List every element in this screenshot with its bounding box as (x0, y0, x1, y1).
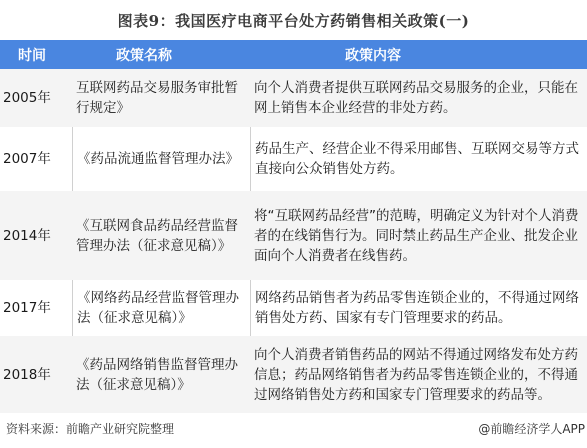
cell-time: 2014年 (0, 191, 72, 280)
cell-time: 2007年 (0, 127, 72, 191)
cell-time: 2005年 (0, 69, 72, 127)
cell-policy-name: 《药品网络销售监督管理办法（征求意见稿）》 (72, 336, 250, 413)
table-row: 2017年 《网络药品经营监督管理办法（征求意见稿）》 网络药品销售者为药品零售… (0, 280, 587, 336)
cell-policy-name: 《互联网食品药品经营监督管理办法（征求意见稿）》 (72, 191, 250, 280)
cell-time: 2018年 (0, 336, 72, 413)
cell-policy-content: 药品生产、经营企业不得采用邮售、互联网交易等方式直接向公众销售处方药。 (250, 127, 587, 191)
cell-policy-name: 互联网药品交易服务审批暂行规定》 (72, 69, 250, 127)
table-row: 2018年 《药品网络销售监督管理办法（征求意见稿）》 向个人消费者销售药品的网… (0, 336, 587, 413)
cell-policy-content: 网络药品销售者为药品零售连锁企业的，不得通过网络销售处方药、国家有专门管理要求的… (250, 280, 587, 336)
cell-policy-content: 向个人消费者提供互联网药品交易服务的企业，只能在网上销售本企业经营的非处方药。 (250, 69, 587, 127)
table-row: 2014年 《互联网食品药品经营监督管理办法（征求意见稿）》 将“互联网药品经营… (0, 191, 587, 280)
cell-policy-content: 将“互联网药品经营”的范畴，明确定义为针对个人消费者的在线销售行为。同时禁止药品… (250, 191, 587, 280)
cell-time: 2017年 (0, 280, 72, 336)
policy-table: 时间 政策名称 政策内容 2005年 互联网药品交易服务审批暂行规定》 向个人消… (0, 40, 587, 413)
header-time: 时间 (0, 45, 72, 65)
table-row: 2007年 《药品流通监督管理办法》 药品生产、经营企业不得采用邮售、互联网交易… (0, 127, 587, 191)
header-policy-content: 政策内容 (250, 45, 587, 65)
cell-policy-content: 向个人消费者销售药品的网站不得通过网络发布处方药信息；药品网络销售者为药品零售连… (250, 336, 587, 413)
table-header: 时间 政策名称 政策内容 (0, 40, 587, 69)
cell-policy-name: 《网络药品经营监督管理办法（征求意见稿）》 (72, 280, 250, 336)
cell-policy-name: 《药品流通监督管理办法》 (72, 127, 250, 191)
source-note: 资料来源：前瞻产业研究院整理 (6, 420, 174, 437)
table-row: 2005年 互联网药品交易服务审批暂行规定》 向个人消费者提供互联网药品交易服务… (0, 69, 587, 127)
brand-credit: @前瞻经济学人APP (478, 420, 585, 437)
chart-title: 图表9：我国医疗电商平台处方药销售相关政策(一) (0, 10, 587, 31)
header-policy-name: 政策名称 (72, 45, 250, 65)
footer: 资料来源：前瞻产业研究院整理 @前瞻经济学人APP (0, 420, 587, 440)
